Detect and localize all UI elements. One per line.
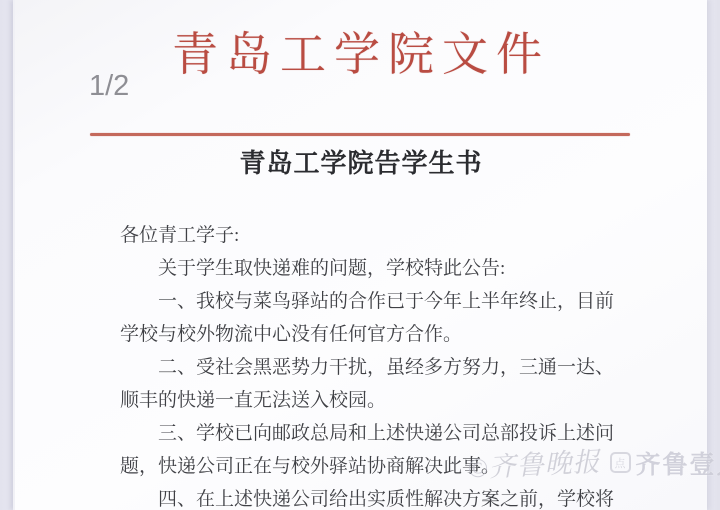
body-paragraph: 三、学校已向邮政总局和上述快递公司总部投诉上述问题，快递公司正在与校外驿站协商解… [120, 417, 620, 483]
page-indicator: 1/2 [89, 70, 129, 103]
salutation: 各位青工学子: [120, 219, 620, 252]
paragraph-list: 关于学生取快递难的问题，学校特此公告:一、我校与菜鸟驿站的合作已于今年上半年终止… [120, 252, 620, 510]
qilu-yidian-label: 齐鲁壹点 [636, 445, 720, 481]
document-photo: 青岛工学院文件 1/2 青岛工学院告学生书 各位青工学子: 关于学生取快递难的问… [0, 0, 720, 510]
body-paragraph: 二、受社会黑恶势力干扰，虽经多方努力，三通一达、顺丰的快递一直无法送入校园。 [120, 351, 620, 417]
document-body: 各位青工学子: 关于学生取快递难的问题，学校特此公告:一、我校与菜鸟驿站的合作已… [120, 219, 620, 510]
body-paragraph: 四、在上述快递公司给出实质性解决方案之前，学校将 [120, 483, 620, 510]
body-paragraph: 一、我校与菜鸟驿站的合作已于今年上半年终止，目前学校与校外物流中心没有任何官方合… [120, 285, 620, 351]
document-page: 青岛工学院文件 1/2 青岛工学院告学生书 各位青工学子: 关于学生取快递难的问… [13, 0, 707, 510]
body-paragraph: 关于学生取快递难的问题，学校特此公告: [120, 252, 620, 285]
document-title: 青岛工学院告学生书 [15, 143, 707, 180]
letterhead-divider-line [90, 133, 630, 136]
